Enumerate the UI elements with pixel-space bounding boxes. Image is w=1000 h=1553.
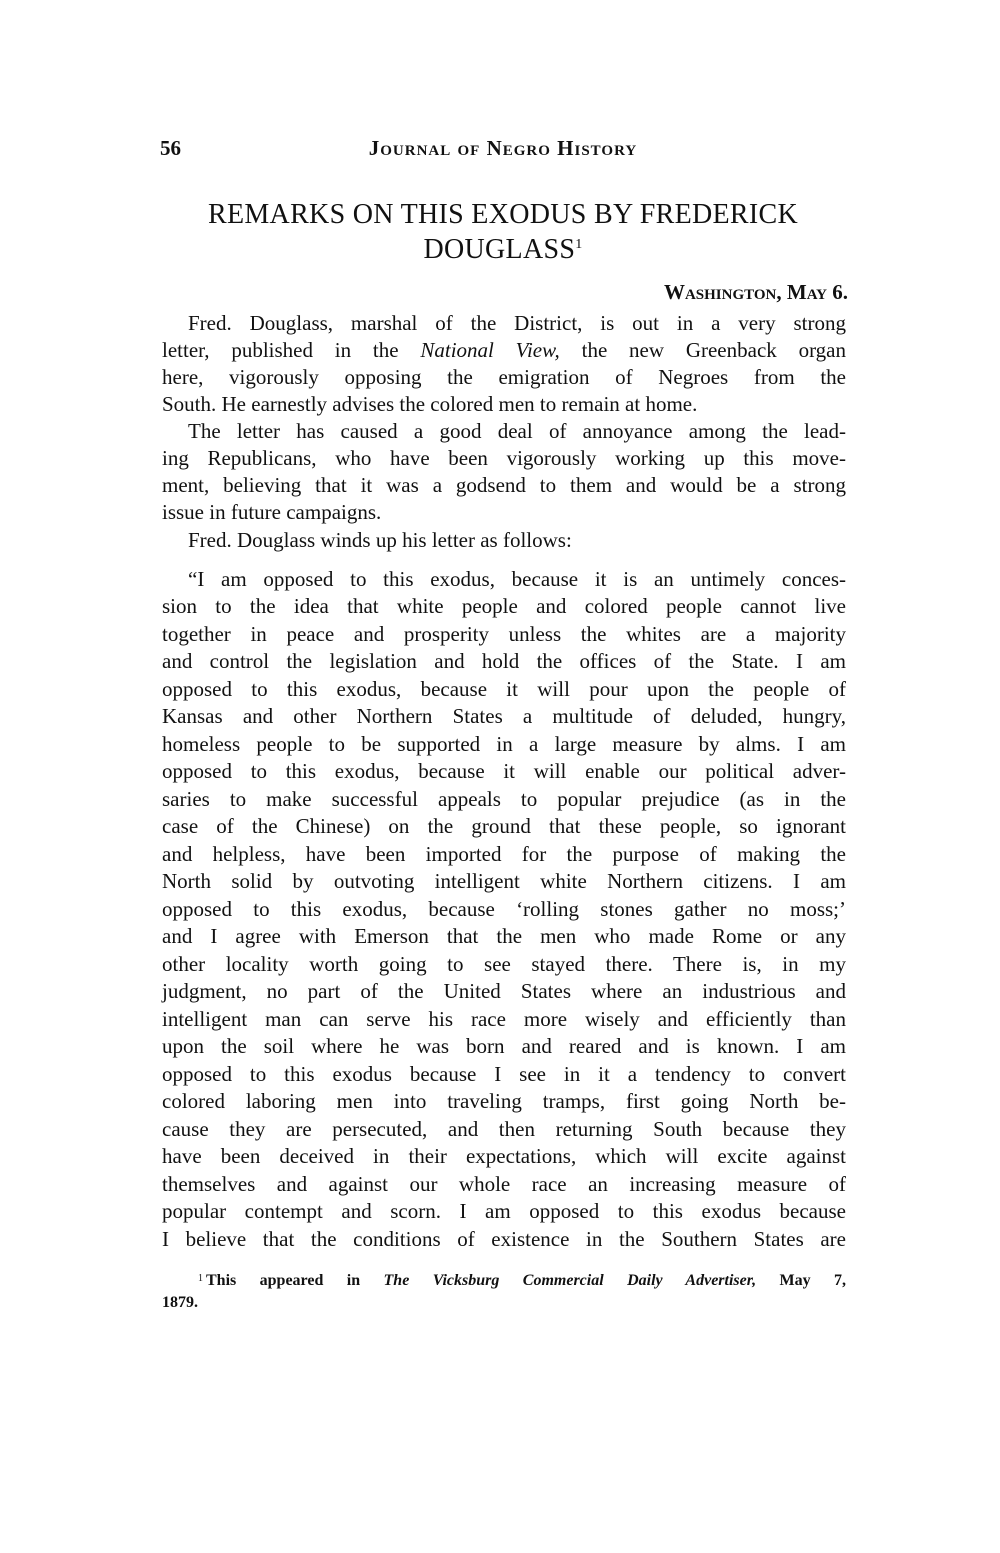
quote-line: opposed to this exodus, because it will …: [162, 758, 846, 785]
text-span: May 7,: [756, 1272, 846, 1289]
title-footnote-marker: 1: [575, 237, 582, 252]
article-title-author: DOUGLASS: [423, 234, 575, 265]
quote-line: saries to make successful appeals to pop…: [162, 786, 846, 813]
quote-line: opposed to this exodus because I see in …: [162, 1061, 846, 1088]
quote-line: themselves and against our whole race an…: [162, 1171, 846, 1198]
quote-line: have been deceived in their expectations…: [162, 1143, 846, 1170]
quote-line: other locality worth going to see stayed…: [162, 951, 846, 978]
quote-line: I believe that the conditions of existen…: [162, 1226, 846, 1253]
paragraph-1-line: letter, published in the National View, …: [162, 337, 846, 364]
article-title: REMARKS ON THIS EXODUS BY FREDERICK DOUG…: [160, 200, 846, 265]
quote-line: and helpless, have been imported for the…: [162, 841, 846, 868]
document-page: 56 Journal of Negro History REMARKS ON T…: [0, 0, 1000, 1553]
journal-title: Journal of Negro History: [160, 136, 846, 161]
quote-line: North solid by outvoting intelligent whi…: [162, 868, 846, 895]
text-span: letter, published in the: [162, 338, 420, 362]
paragraph-2-line: The letter has caused a good deal of ann…: [162, 418, 846, 445]
quote-line: and I agree with Emerson that the men wh…: [162, 923, 846, 950]
text-span: the new Greenback organ: [560, 338, 846, 362]
paragraph-1-line: here, vigorously opposing the emigration…: [162, 364, 846, 391]
article-title-line-2: DOUGLASS1: [160, 230, 846, 265]
paragraph-1-line: South. He earnestly advises the colored …: [162, 391, 846, 418]
dateline: Washington, May 6.: [664, 280, 848, 305]
paragraph-3-line: Fred. Douglass winds up his letter as fo…: [162, 527, 846, 554]
quote-line: judgment, no part of the United States w…: [162, 978, 846, 1005]
footnote-source: The Vicksburg Commercial Daily Advertise…: [384, 1272, 757, 1289]
paragraph-2-line: ing Republicans, who have been vigorousl…: [162, 445, 846, 472]
quote-line: homeless people to be supported in a lar…: [162, 731, 846, 758]
footnote-line-1: 1This appeared in The Vicksburg Commerci…: [162, 1267, 846, 1291]
quote-line: case of the Chinese) on the ground that …: [162, 813, 846, 840]
text-span: This appeared in: [206, 1272, 384, 1289]
quote-line: opposed to this exodus, because ‘rolling…: [162, 896, 846, 923]
quote-line: upon the soil where he was born and rear…: [162, 1033, 846, 1060]
quote-line: together in peace and prosperity unless …: [162, 621, 846, 648]
quote-line: colored laboring men into traveling tram…: [162, 1088, 846, 1115]
running-header: 56 Journal of Negro History: [160, 136, 846, 166]
quote-line: popular contempt and scorn. I am opposed…: [162, 1198, 846, 1225]
paragraph-2-line: issue in future campaigns.: [162, 499, 846, 526]
quote-line: “I am opposed to this exodus, because it…: [162, 566, 846, 593]
quote-line: cause they are persecuted, and then retu…: [162, 1116, 846, 1143]
footnote-line-2: 1879.: [162, 1291, 846, 1315]
paragraph-1-line: Fred. Douglass, marshal of the District,…: [162, 310, 846, 337]
footnote-marker: 1: [198, 1273, 203, 1284]
paragraph-2-line: ment, believing that it was a godsend to…: [162, 472, 846, 499]
quote-line: sion to the idea that white people and c…: [162, 593, 846, 620]
newspaper-name: National View,: [420, 338, 559, 362]
article-title-line-1: REMARKS ON THIS EXODUS BY FREDERICK: [160, 200, 846, 230]
quote-line: opposed to this exodus, because it will …: [162, 676, 846, 703]
quote-line: intelligent man can serve his race more …: [162, 1006, 846, 1033]
quote-line: and control the legislation and hold the…: [162, 648, 846, 675]
quote-line: Kansas and other Northern States a multi…: [162, 703, 846, 730]
